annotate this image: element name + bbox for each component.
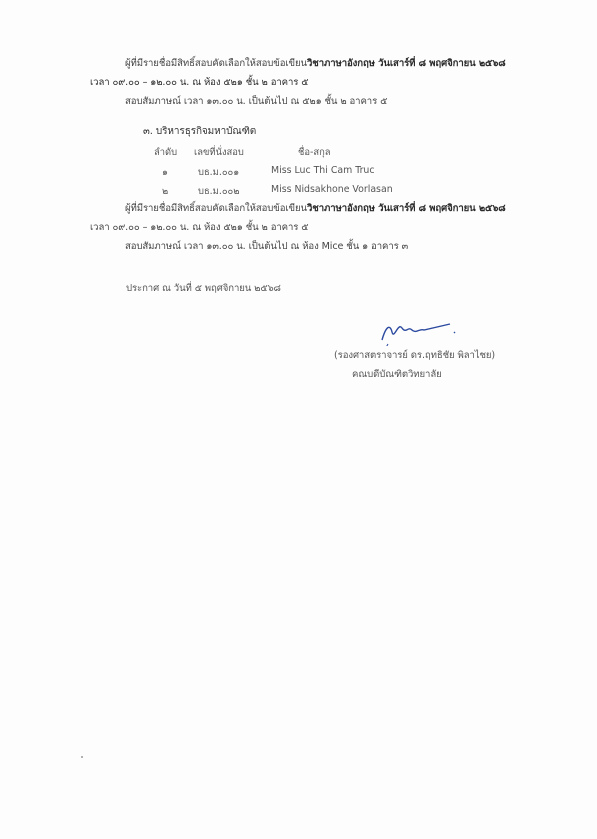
col-header-no: ลำดับ [154, 145, 177, 160]
row-no: ๑ [162, 165, 168, 180]
announcement-date: ประกาศ ณ วันที่ ๕ พฤศจิกายน ๒๕๖๘ [126, 283, 281, 295]
para1-subject-date: วิชาภาษาอังกฤษ วันเสาร์ที่ ๘ พฤศจิกายน ๒… [307, 58, 506, 69]
signature-icon [380, 318, 480, 346]
row-name: Miss Luc Thi Cam Truc [271, 165, 375, 176]
para2-intro: ผู้ที่มีรายชื่อมีสิทธิ์สอบคัดเลือกให้สอบ… [125, 203, 307, 214]
document-page: ผู้ที่มีรายชื่อมีสิทธิ์สอบคัดเลือกให้สอบ… [0, 0, 597, 839]
row-no: ๒ [162, 184, 168, 199]
para2-interview: สอบสัมภาษณ์ เวลา ๑๓.๐๐ น. เป็นต้นไป ณ ห้… [125, 241, 408, 253]
scan-speck [81, 756, 83, 758]
para2-line1: ผู้ที่มีรายชื่อมีสิทธิ์สอบคัดเลือกให้สอบ… [125, 203, 506, 215]
signatory-position: คณบดีบัณฑิตวิทยาลัย [352, 369, 442, 381]
para1-line1: ผู้ที่มีรายชื่อมีสิทธิ์สอบคัดเลือกให้สอบ… [125, 58, 506, 70]
col-header-seat: เลขที่นั่งสอบ [194, 145, 244, 160]
para2-time: เวลา ๐๙.๐๐ – ๑๒.๐๐ น. ณ ห้อง ๕๒๑ ชั้น ๒ … [90, 222, 308, 234]
signatory-name: (รองศาสตราจารย์ ดร.ฤทธิชัย พิลาไชย) [334, 350, 495, 362]
para1-interview: สอบสัมภาษณ์ เวลา ๑๓.๐๐ น. เป็นต้นไป ณ ๕๒… [125, 96, 387, 108]
col-header-name: ชื่อ-สกุล [298, 145, 331, 160]
row-name: Miss Nidsakhone Vorlasan [271, 184, 393, 195]
para1-intro: ผู้ที่มีรายชื่อมีสิทธิ์สอบคัดเลือกให้สอบ… [125, 58, 307, 69]
para1-time: เวลา ๐๙.๐๐ – ๑๒.๐๐ น. ณ ห้อง ๕๒๑ ชั้น ๒ … [90, 77, 308, 89]
row-seat: บธ.ม.๐๐๒ [198, 184, 239, 199]
section3-title: ๓. บริหารธุรกิจมหาบัณฑิต [143, 126, 256, 138]
row-seat: บธ.ม.๐๐๑ [198, 165, 239, 180]
para2-subject-date: วิชาภาษาอังกฤษ วันเสาร์ที่ ๘ พฤศจิกายน ๒… [307, 203, 506, 214]
